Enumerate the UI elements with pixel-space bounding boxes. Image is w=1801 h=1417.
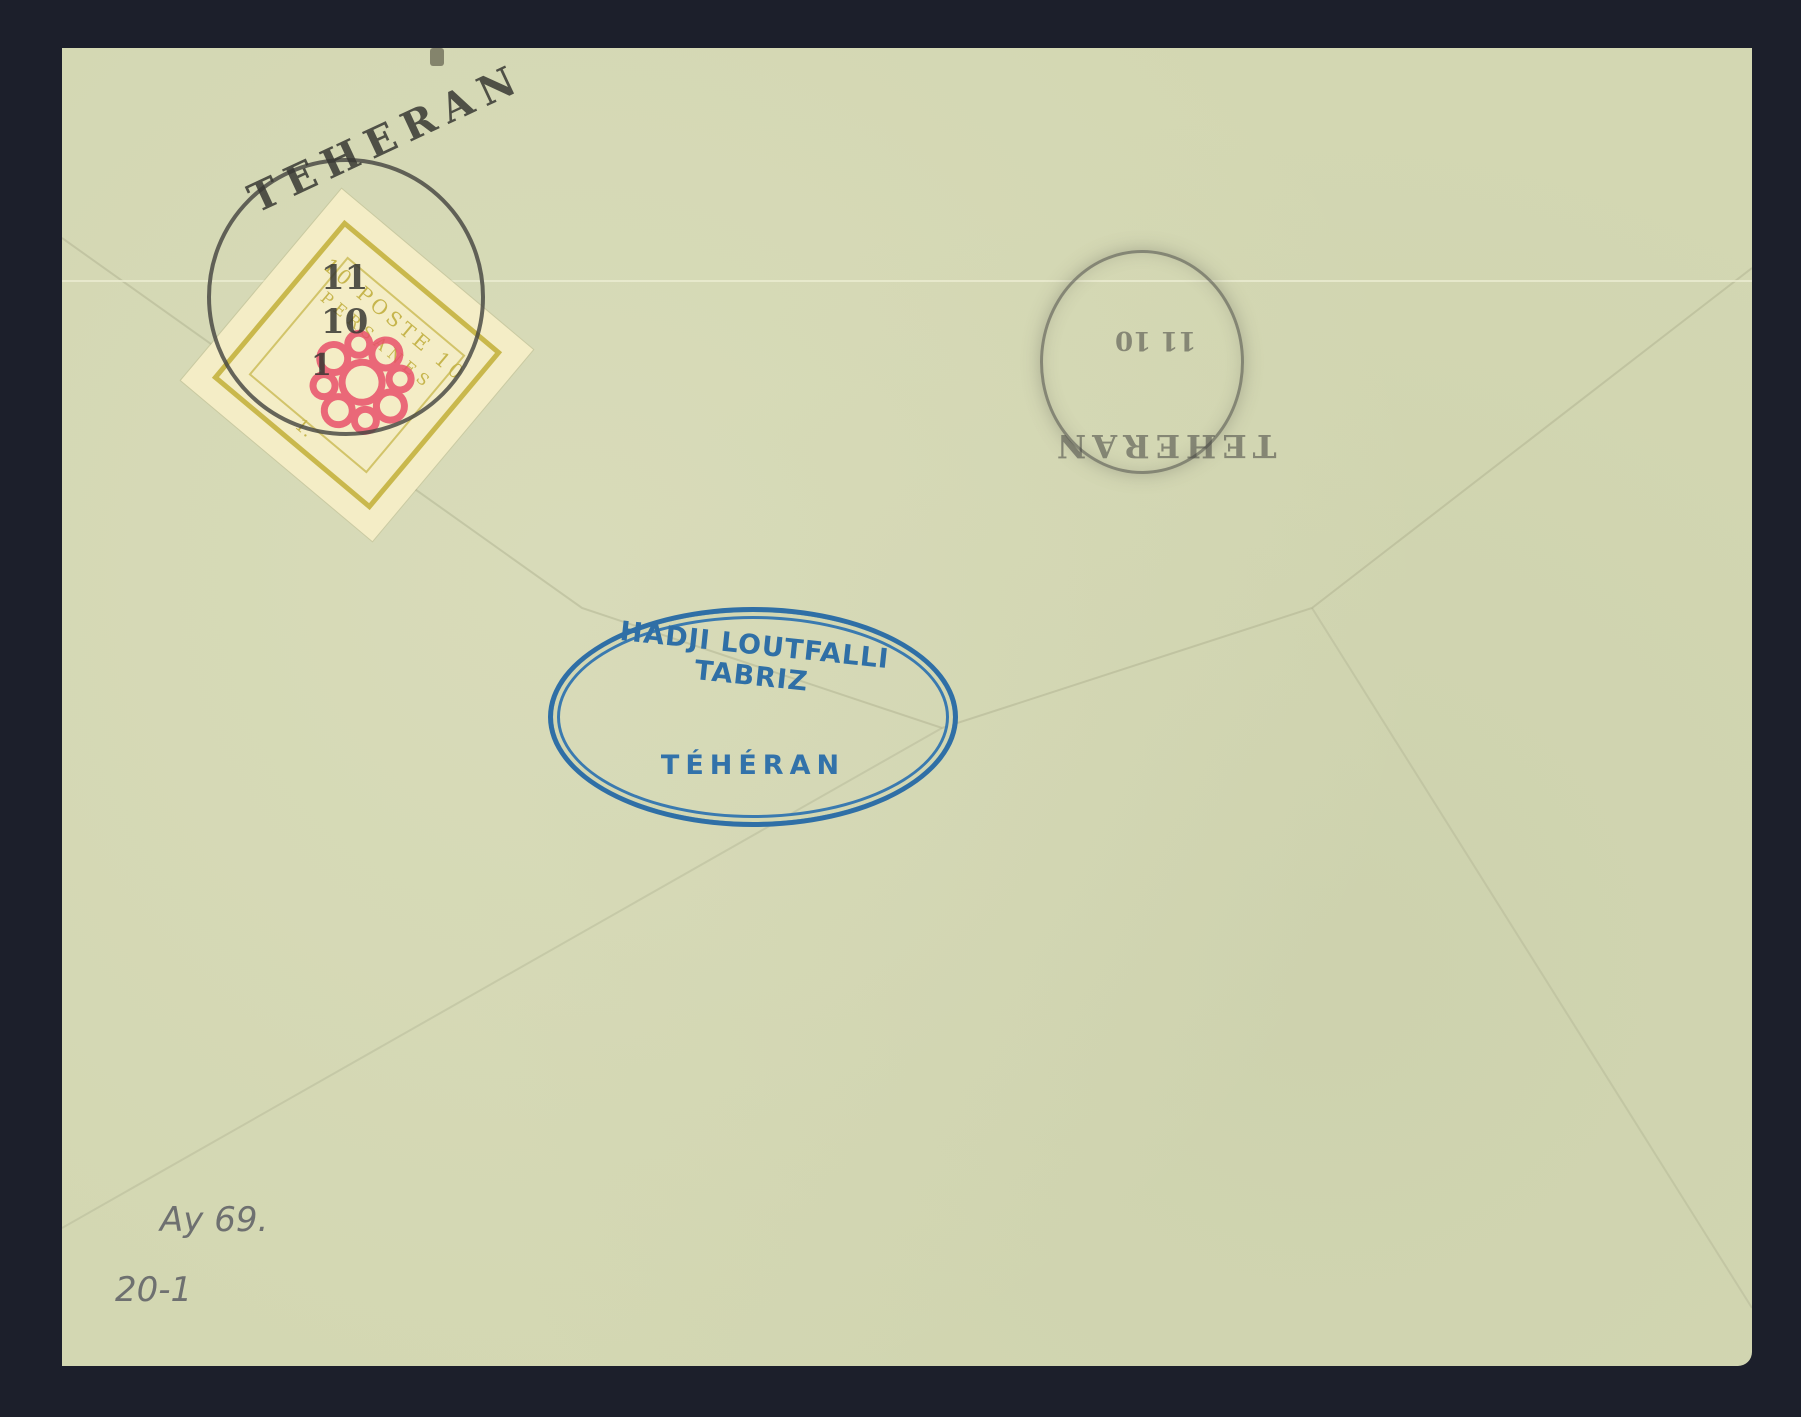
postmark-right-date: 11 10: [1115, 323, 1196, 357]
postmark-right: TEHERAN 11 10: [1040, 250, 1244, 474]
postmark-left-year: 1: [311, 348, 332, 383]
handstamp-city: TÉHÉRAN: [553, 750, 953, 781]
ink-mark: [430, 48, 444, 66]
pencil-note-2: 20-1: [115, 1270, 192, 1310]
business-handstamp: HADJI LOUTFALLI TABRIZ TÉHÉRAN: [548, 607, 958, 827]
postmark-left: TEHERAN 11 10 1: [207, 158, 485, 436]
pencil-note-1: Ay 69.: [160, 1200, 268, 1240]
postmark-left-day: 11: [321, 258, 368, 298]
postmark-left-month: 10: [321, 302, 368, 342]
postmark-right-city: TEHERAN: [1051, 427, 1277, 465]
